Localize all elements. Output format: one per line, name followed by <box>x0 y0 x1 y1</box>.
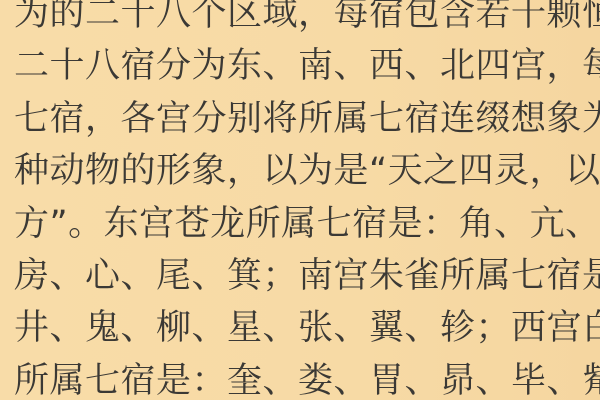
text-line-5: 方”。东宫苍龙所属七宿是：角、亢、氐、 <box>14 198 600 250</box>
body-text: 为的二十八个区域，每宿包含若干颗恒星。 二十八宿分为东、南、西、北四宫，每宫 七… <box>14 0 600 400</box>
text-line-4: 种动物的形象，以为是“天之四灵，以正四 <box>14 145 600 197</box>
document-page: 为的二十八个区域，每宿包含若干颗恒星。 二十八宿分为东、南、西、北四宫，每宫 七… <box>0 0 600 400</box>
text-line-2: 二十八宿分为东、南、西、北四宫，每宫 <box>14 40 600 92</box>
text-line-1: 为的二十八个区域，每宿包含若干颗恒星。 <box>14 0 600 40</box>
text-line-3: 七宿，各宫分别将所属七宿连缀想象为一 <box>14 93 600 145</box>
text-line-8: 所属七宿是：奎、娄、胃、昴、毕、觜、 <box>14 355 600 400</box>
text-line-6: 房、心、尾、箕；南宫朱雀所属七宿是： <box>14 250 600 302</box>
text-line-7: 井、鬼、柳、星、张、翼、轸；西宫白虎 <box>14 302 600 354</box>
